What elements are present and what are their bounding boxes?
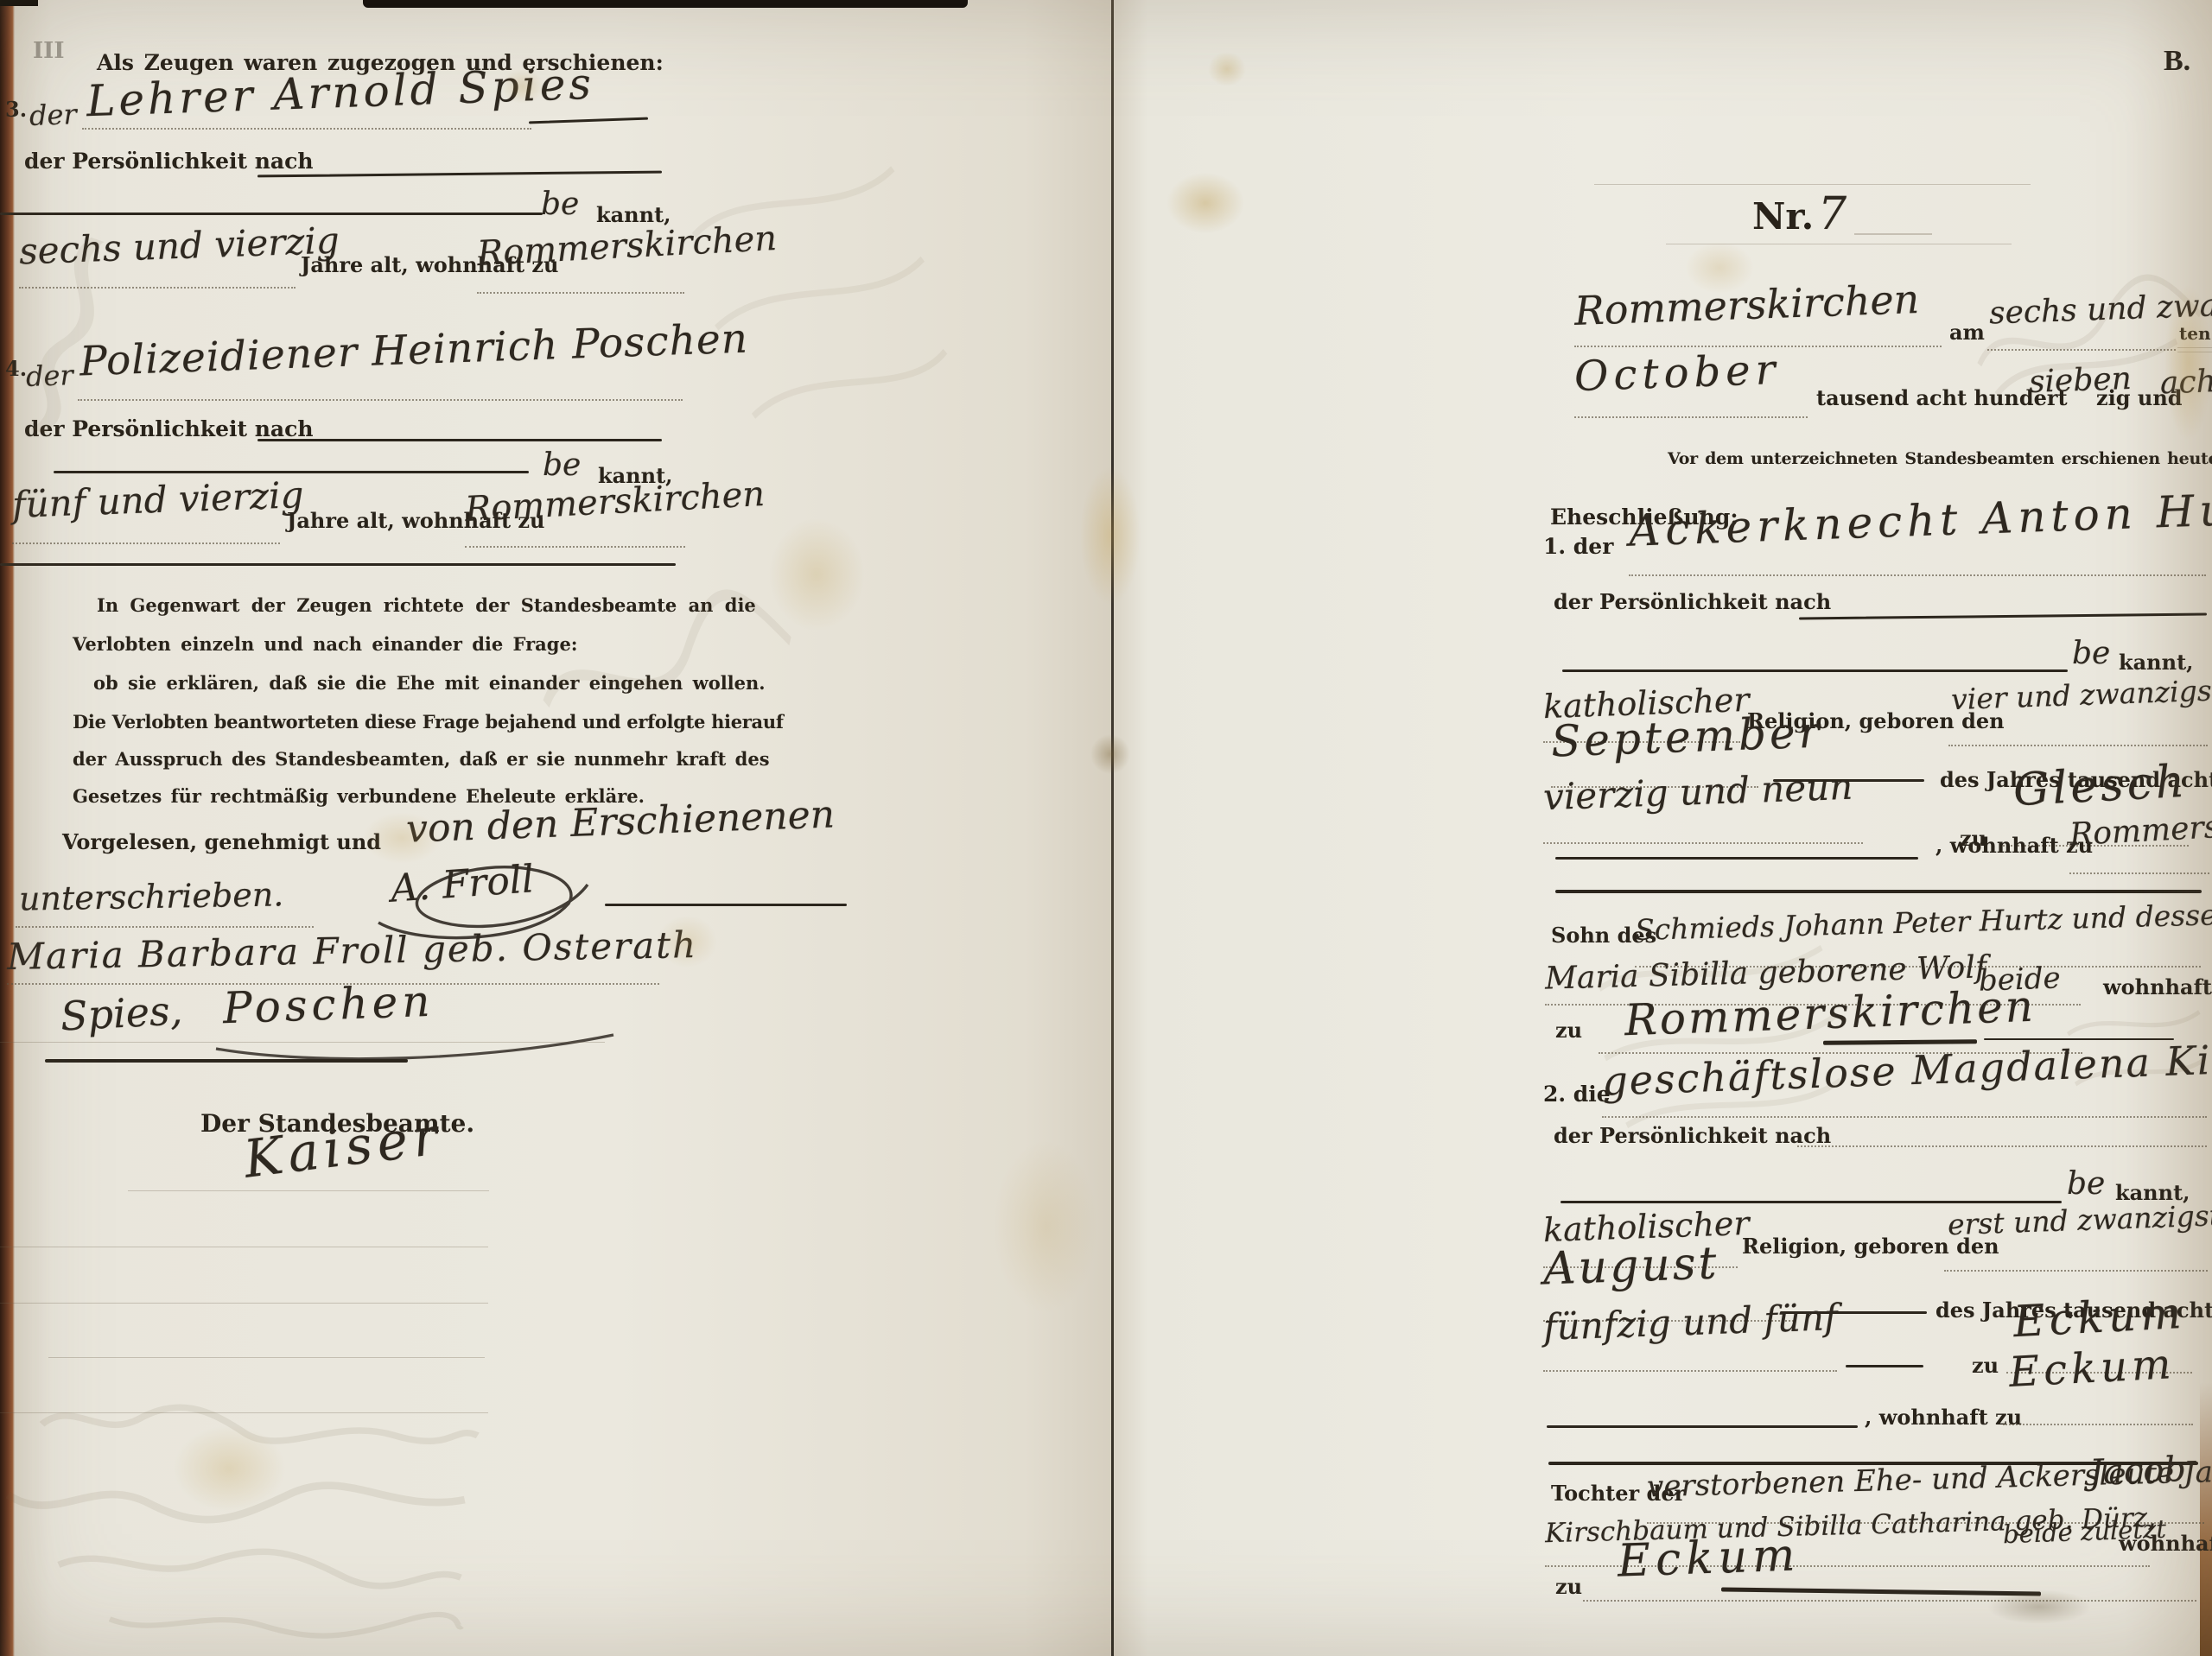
faint-ruled-line bbox=[0, 1247, 488, 1247]
faint-ruled-line bbox=[1594, 184, 2031, 185]
entry-dotted-line bbox=[78, 399, 683, 401]
blank-line bbox=[605, 904, 847, 906]
entry-dotted-line bbox=[1583, 1600, 2196, 1602]
photo-background-top bbox=[363, 0, 968, 8]
record-month-handwritten: October bbox=[1573, 346, 1781, 401]
kannt-label: kannt, bbox=[2119, 650, 2194, 675]
entry-dotted-line bbox=[465, 546, 685, 548]
bleed-through-ghost bbox=[0, 1464, 472, 1533]
entry-dotted-line bbox=[1543, 1370, 1837, 1372]
faint-ruled-line bbox=[48, 1357, 485, 1358]
entry-dash-line bbox=[1854, 233, 1932, 235]
blank-line bbox=[1560, 1201, 2062, 1203]
entry-dotted-line bbox=[1797, 1145, 2207, 1147]
bekannt-handwritten: be bbox=[2067, 1166, 2105, 1202]
bride-parents-residence-handwritten: Eckum bbox=[1617, 1529, 1801, 1587]
entry-dotted-line bbox=[1948, 745, 2208, 746]
zu-label: zu bbox=[1555, 1574, 1582, 1599]
register-book-scan: III Als Zeugen waren zugezogen und ersch… bbox=[0, 0, 2212, 1656]
bride-father-name-handwritten: Jacob bbox=[2088, 1450, 2187, 1493]
entry-dotted-line bbox=[12, 542, 280, 544]
bekannt-handwritten: be bbox=[541, 187, 579, 222]
identity-label: der Persönlichkeit nach bbox=[1554, 589, 1831, 614]
blank-line bbox=[54, 471, 529, 473]
poschen-signature: Poschen bbox=[222, 976, 435, 1033]
entry-dotted-line bbox=[2069, 872, 2209, 874]
declaration-line: Verlobten einzeln und nach einander die … bbox=[73, 633, 578, 655]
groom-birthmonth-handwritten: September bbox=[1550, 707, 1823, 767]
groom-number-label: 1. der bbox=[1543, 534, 1613, 559]
entry-dotted-line bbox=[2003, 1424, 2193, 1425]
appearance-intro-line: Vor dem unterzeichneten Standesbeamten e… bbox=[1668, 449, 2212, 468]
blank-line bbox=[1562, 669, 2068, 672]
photo-background-corner bbox=[0, 0, 38, 6]
folio-number: III bbox=[33, 38, 65, 64]
unterschrieben-handwritten: unterschrieben. bbox=[19, 875, 284, 917]
record-number-label: Nr. bbox=[1752, 195, 1814, 238]
register-section-letter: B. bbox=[2164, 45, 2190, 78]
entry-dotted-line bbox=[16, 926, 314, 928]
bride-residence-handwritten: Eckum bbox=[2008, 1340, 2177, 1397]
entry-dotted-line bbox=[477, 292, 684, 294]
blank-line bbox=[1547, 1425, 1858, 1428]
blank-line bbox=[1555, 857, 1918, 860]
entry-dotted-line bbox=[82, 128, 531, 130]
entry-dotted-line bbox=[1543, 842, 1863, 844]
entry-dotted-line bbox=[1574, 416, 1808, 418]
page-edge-bottom-right bbox=[2200, 1382, 2212, 1656]
wohnhaft-label: wohnhaft bbox=[2119, 1531, 2212, 1556]
section-divider-line bbox=[1555, 890, 2202, 893]
book-gutter-crease bbox=[1111, 0, 1114, 1656]
vorgelesen-label: Vorgelesen, genehmigt und bbox=[62, 829, 381, 854]
blank-line bbox=[257, 439, 662, 441]
zu-label: zu bbox=[1555, 1018, 1582, 1043]
residence-label: , wohnhaft zu bbox=[1865, 1405, 2022, 1430]
section-divider-line bbox=[45, 1059, 408, 1063]
faint-ruled-line bbox=[128, 1190, 489, 1191]
bleed-through-ghost bbox=[1586, 917, 1853, 1148]
bride-birthplace-handwritten: Eckum bbox=[2012, 1288, 2187, 1347]
witness3-article-handwritten: der bbox=[29, 98, 77, 132]
blank-line bbox=[1846, 1365, 1923, 1367]
spies-signature: Spies, bbox=[60, 987, 184, 1039]
witness3-number: 3. bbox=[5, 97, 27, 122]
entry-dotted-line bbox=[1629, 574, 2206, 576]
faint-ruled-line bbox=[1666, 244, 2012, 244]
entry-dotted-line bbox=[1944, 1270, 2208, 1272]
book-spine-edge bbox=[0, 0, 15, 1656]
bride-number-label: 2. die bbox=[1543, 1082, 1611, 1107]
identity-label: der Persönlichkeit nach bbox=[24, 149, 314, 174]
record-number-handwritten: 7 bbox=[1818, 188, 1847, 240]
groom-birthplace-handwritten: Glesch bbox=[2012, 756, 2190, 817]
zu-label: zu bbox=[1972, 1353, 1999, 1378]
bekannt-handwritten: be bbox=[543, 447, 581, 483]
section-divider-line bbox=[0, 563, 676, 566]
kannt-label: kannt, bbox=[596, 202, 671, 227]
faint-ruled-line bbox=[0, 1303, 488, 1304]
blank-line bbox=[0, 213, 543, 215]
bride-birthmonth-handwritten: August bbox=[1542, 1237, 1719, 1295]
bekannt-handwritten: be bbox=[2072, 636, 2110, 671]
faint-ruled-line bbox=[0, 1042, 605, 1043]
right-page bbox=[1113, 0, 2212, 1656]
bleed-through-ghost bbox=[2060, 987, 2212, 1114]
